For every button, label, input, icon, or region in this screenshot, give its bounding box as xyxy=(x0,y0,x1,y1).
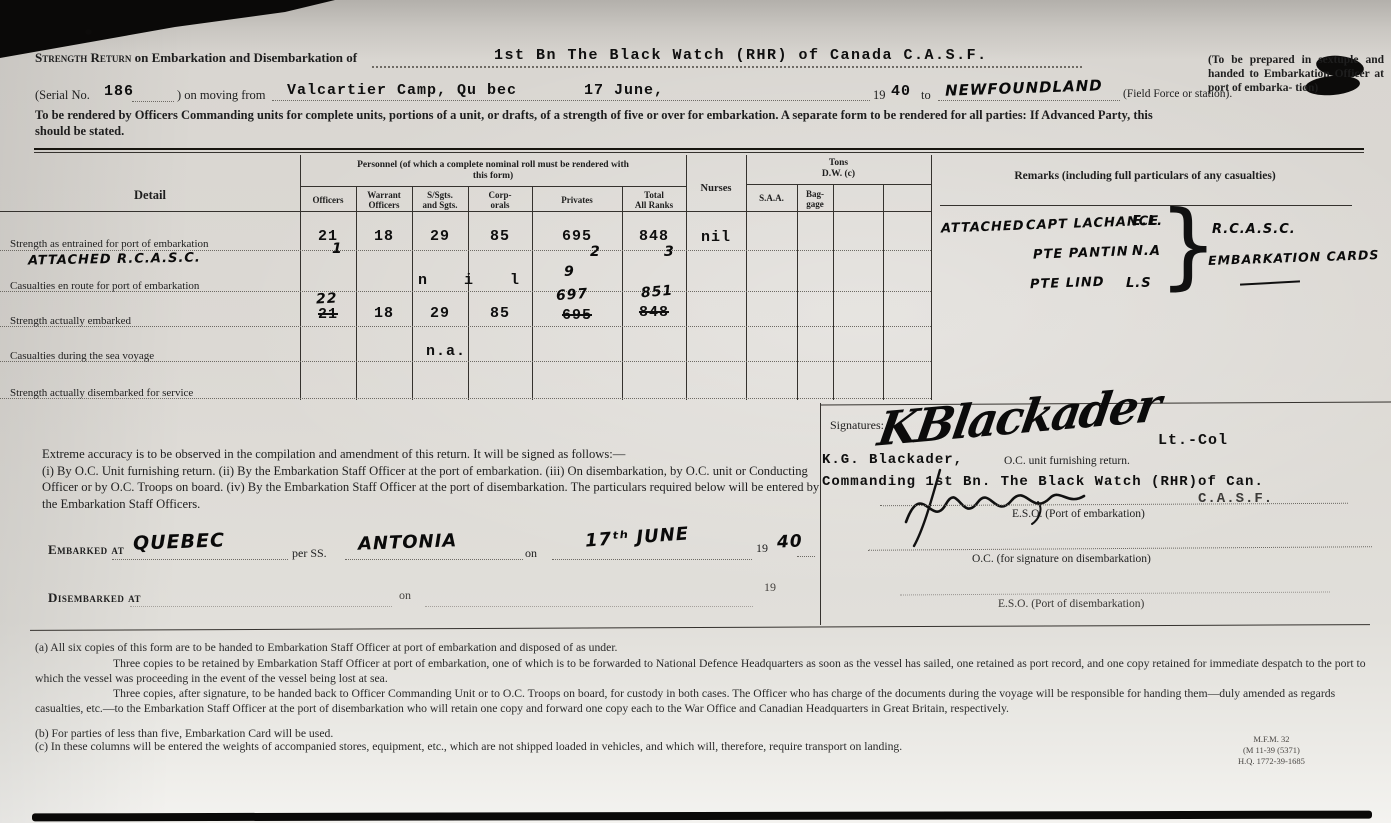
col-sgts: S/Sgts. and Sgts. xyxy=(412,190,468,210)
sextuple-note: (To be prepared in sextuple and handed t… xyxy=(1208,53,1384,95)
col-baggage: Bag- gage xyxy=(797,189,833,209)
eso-signature-scribble xyxy=(888,458,1108,548)
row-label-casualties-voyage: Casualties during the sea voyage xyxy=(10,350,154,362)
moving-date-value: 17 June, xyxy=(584,82,664,99)
eso-disembark-line xyxy=(900,591,1330,595)
grid-line xyxy=(532,187,533,400)
title-leader-line xyxy=(372,66,1082,68)
unit-title-value: 1st Bn The Black Watch (RHR) of Canada C… xyxy=(494,47,988,64)
grid-line xyxy=(622,187,623,400)
casualties-voyage-na: n.a. xyxy=(426,343,466,360)
entrained-corporals: 85 xyxy=(468,228,532,245)
header-rule-thin xyxy=(34,152,1364,153)
embarked-officers-corrected: 22 xyxy=(316,290,338,307)
form-number-line-2: (M 11-39 (5371) xyxy=(1238,745,1305,756)
disembarked-on-label: on xyxy=(399,588,411,603)
grid-line xyxy=(833,184,834,400)
embarked-sgts: 29 xyxy=(412,305,468,322)
grid-line-h xyxy=(746,184,931,185)
embarked-year-prefix: 19 xyxy=(756,541,768,556)
col-total-all-ranks: Total All Ranks xyxy=(622,190,686,210)
per-ss-label: per SS. xyxy=(292,546,327,561)
embarked-port-value: Quebec xyxy=(133,529,226,554)
col-saa: S.A.A. xyxy=(746,193,797,203)
serial-label: (Serial No. xyxy=(35,88,90,103)
footnote-a-para1: Three copies to be retained by Embarkati… xyxy=(35,657,1367,686)
row-label-casualties-route: Casualties en route for port of embarkat… xyxy=(10,280,199,292)
grid-line-h xyxy=(300,186,686,187)
accuracy-note: Extreme accuracy is to be observed in th… xyxy=(42,446,820,512)
entrained-officers: 21 xyxy=(300,228,356,245)
serial-leader xyxy=(132,101,174,102)
embarked-total-struck: 848 xyxy=(622,304,686,321)
embarked-year-value: 40 xyxy=(776,531,803,552)
eso-caption: E.S.O. (Port of embarkation) xyxy=(1012,508,1145,520)
grid-line xyxy=(468,187,469,400)
entrained-sgts: 29 xyxy=(412,228,468,245)
col-warrant-officers: Warrant Officers xyxy=(356,190,412,210)
embarked-leader-4 xyxy=(797,556,815,557)
embarked-at-label: Embarked at xyxy=(48,542,124,558)
remarks-name-3: Pte Lind xyxy=(1030,275,1105,293)
header-rule-heavy xyxy=(34,148,1364,150)
year-prefix: 19 xyxy=(873,88,886,103)
remarks-header: Remarks (including full particulars of a… xyxy=(935,170,1355,182)
remarks-side-1: R.C.A.S.C. xyxy=(1212,222,1296,237)
casf-typed: C.A.S.F. xyxy=(1198,491,1273,507)
ship-value: Antonia xyxy=(358,530,458,554)
form-number-line-1: M.F.M. 32 xyxy=(1238,734,1305,745)
row-label-disembarked: Strength actually disembarked for servic… xyxy=(10,387,193,399)
embarked-privates-struck: 695 xyxy=(532,307,622,324)
moving-from-value: Valcartier Camp, Qu bec xyxy=(287,82,517,99)
embarked-privates-corrected: 697 xyxy=(555,286,588,304)
remarks-underline-stroke xyxy=(1240,280,1300,285)
footer-rule xyxy=(30,624,1370,631)
grid-line xyxy=(746,155,747,400)
entrained-officers-added: 1 xyxy=(332,241,343,257)
embarked-date-value: 17ᵗʰ June xyxy=(584,523,689,551)
destination-leader xyxy=(938,100,1120,101)
disembarked-at-label: Disembarked at xyxy=(48,590,141,606)
row-label-entrained-handwritten: Attached R.C.A.S.C. xyxy=(28,250,201,268)
embarked-leader-3 xyxy=(552,559,752,560)
oc-rank: Lt.-Col xyxy=(1158,432,1228,449)
moving-from-label: ) on moving from xyxy=(177,88,266,103)
grid-line xyxy=(883,184,884,400)
embarked-leader-1 xyxy=(112,559,288,560)
ink-dot xyxy=(85,29,92,35)
from-leader xyxy=(272,100,870,101)
remarks-header-rule xyxy=(940,205,1352,206)
footnote-c: (c) In these columns will be entered the… xyxy=(35,740,1375,755)
grid-line-h xyxy=(0,211,931,212)
serial-value: 186 xyxy=(104,83,134,100)
destination-value: Newfoundland xyxy=(945,76,1103,99)
entrained-nurses: nil xyxy=(686,229,746,246)
col-corporals: Corp- orals xyxy=(468,190,532,210)
remarks-side-2: Embarkation Cards xyxy=(1208,247,1380,268)
to-label: to xyxy=(921,88,931,103)
signatures-box-left-rule xyxy=(820,403,821,625)
scan-bottom-strip xyxy=(32,811,1372,822)
remarks-name-2: Pte Pantin xyxy=(1033,244,1129,262)
footnote-a-para2: Three copies, after signature, to be han… xyxy=(35,687,1375,716)
grid-line xyxy=(356,187,357,400)
year-value: 40 xyxy=(891,83,911,100)
grid-line xyxy=(300,155,301,400)
footnote-a: (a) All six copies of this form are to b… xyxy=(35,641,1365,656)
grid-line xyxy=(412,187,413,400)
eso-disembark-caption: E.S.O. (Port of disembarkation) xyxy=(998,598,1144,610)
personnel-header: Personnel (of which a complete nominal r… xyxy=(302,160,684,182)
remarks-attached: Attached xyxy=(941,219,1025,237)
casualties-route-privates-hw: 9 xyxy=(564,264,575,280)
col-officers: Officers xyxy=(300,195,356,205)
form-title-line: Strength Return on Embarkation and Disem… xyxy=(35,50,357,66)
render-note: To be rendered by Officers Commanding un… xyxy=(35,108,1180,139)
grid-line xyxy=(931,155,932,400)
remarks-initials-3: L.S xyxy=(1126,276,1152,291)
form-number-block: M.F.M. 32 (M 11-39 (5371) H.Q. 1772-39-1… xyxy=(1238,734,1305,767)
embarked-corporals: 85 xyxy=(468,305,532,322)
grid-line xyxy=(797,184,798,400)
disembarked-year-prefix: 19 xyxy=(764,580,776,595)
form-title-caps: Strength Return xyxy=(35,50,131,65)
oc-signature: KBlackader xyxy=(874,377,1163,457)
entrained-warrant: 18 xyxy=(356,228,412,245)
embarked-leader-2 xyxy=(345,559,523,560)
embarked-warrant: 18 xyxy=(356,305,412,322)
disembarked-leader-2 xyxy=(425,606,753,607)
form-number-line-3: H.Q. 1772-39-1685 xyxy=(1238,756,1305,767)
col-privates: Privates xyxy=(532,195,622,205)
remarks-initials-2: N.A xyxy=(1132,244,1161,259)
entrained-total: 848 xyxy=(622,228,686,245)
embarked-on-label: on xyxy=(525,546,537,561)
disembarked-leader-1 xyxy=(130,606,392,607)
entrained-total-added: 3 xyxy=(664,244,675,260)
remarks-initials-1: E.L. xyxy=(1132,214,1163,229)
entrained-privates-added: 2 xyxy=(590,244,601,260)
embarked-total-corrected: 851 xyxy=(640,283,674,302)
oc-disembark-caption: O.C. (for signature on disembarkation) xyxy=(972,553,1151,565)
tons-header: Tons D.W. (c) xyxy=(746,158,931,180)
row-rule xyxy=(0,326,931,327)
scanned-form-page: Strength Return on Embarkation and Disem… xyxy=(0,0,1391,823)
detail-header: Detail xyxy=(0,188,300,203)
remarks-brace: } xyxy=(1160,196,1217,296)
col-nurses: Nurses xyxy=(686,183,746,194)
form-title-rest: on Embarkation and Disembarkation of xyxy=(131,50,357,65)
signatures-label: Signatures: xyxy=(830,418,884,433)
casualties-route-nil: n i l xyxy=(418,272,533,289)
entrained-privates: 695 xyxy=(532,228,622,245)
embarked-officers-struck: 21 xyxy=(300,306,356,323)
row-label-entrained: Strength as entrained for port of embark… xyxy=(10,238,209,250)
row-label-embarked: Strength actually embarked xyxy=(10,315,131,327)
